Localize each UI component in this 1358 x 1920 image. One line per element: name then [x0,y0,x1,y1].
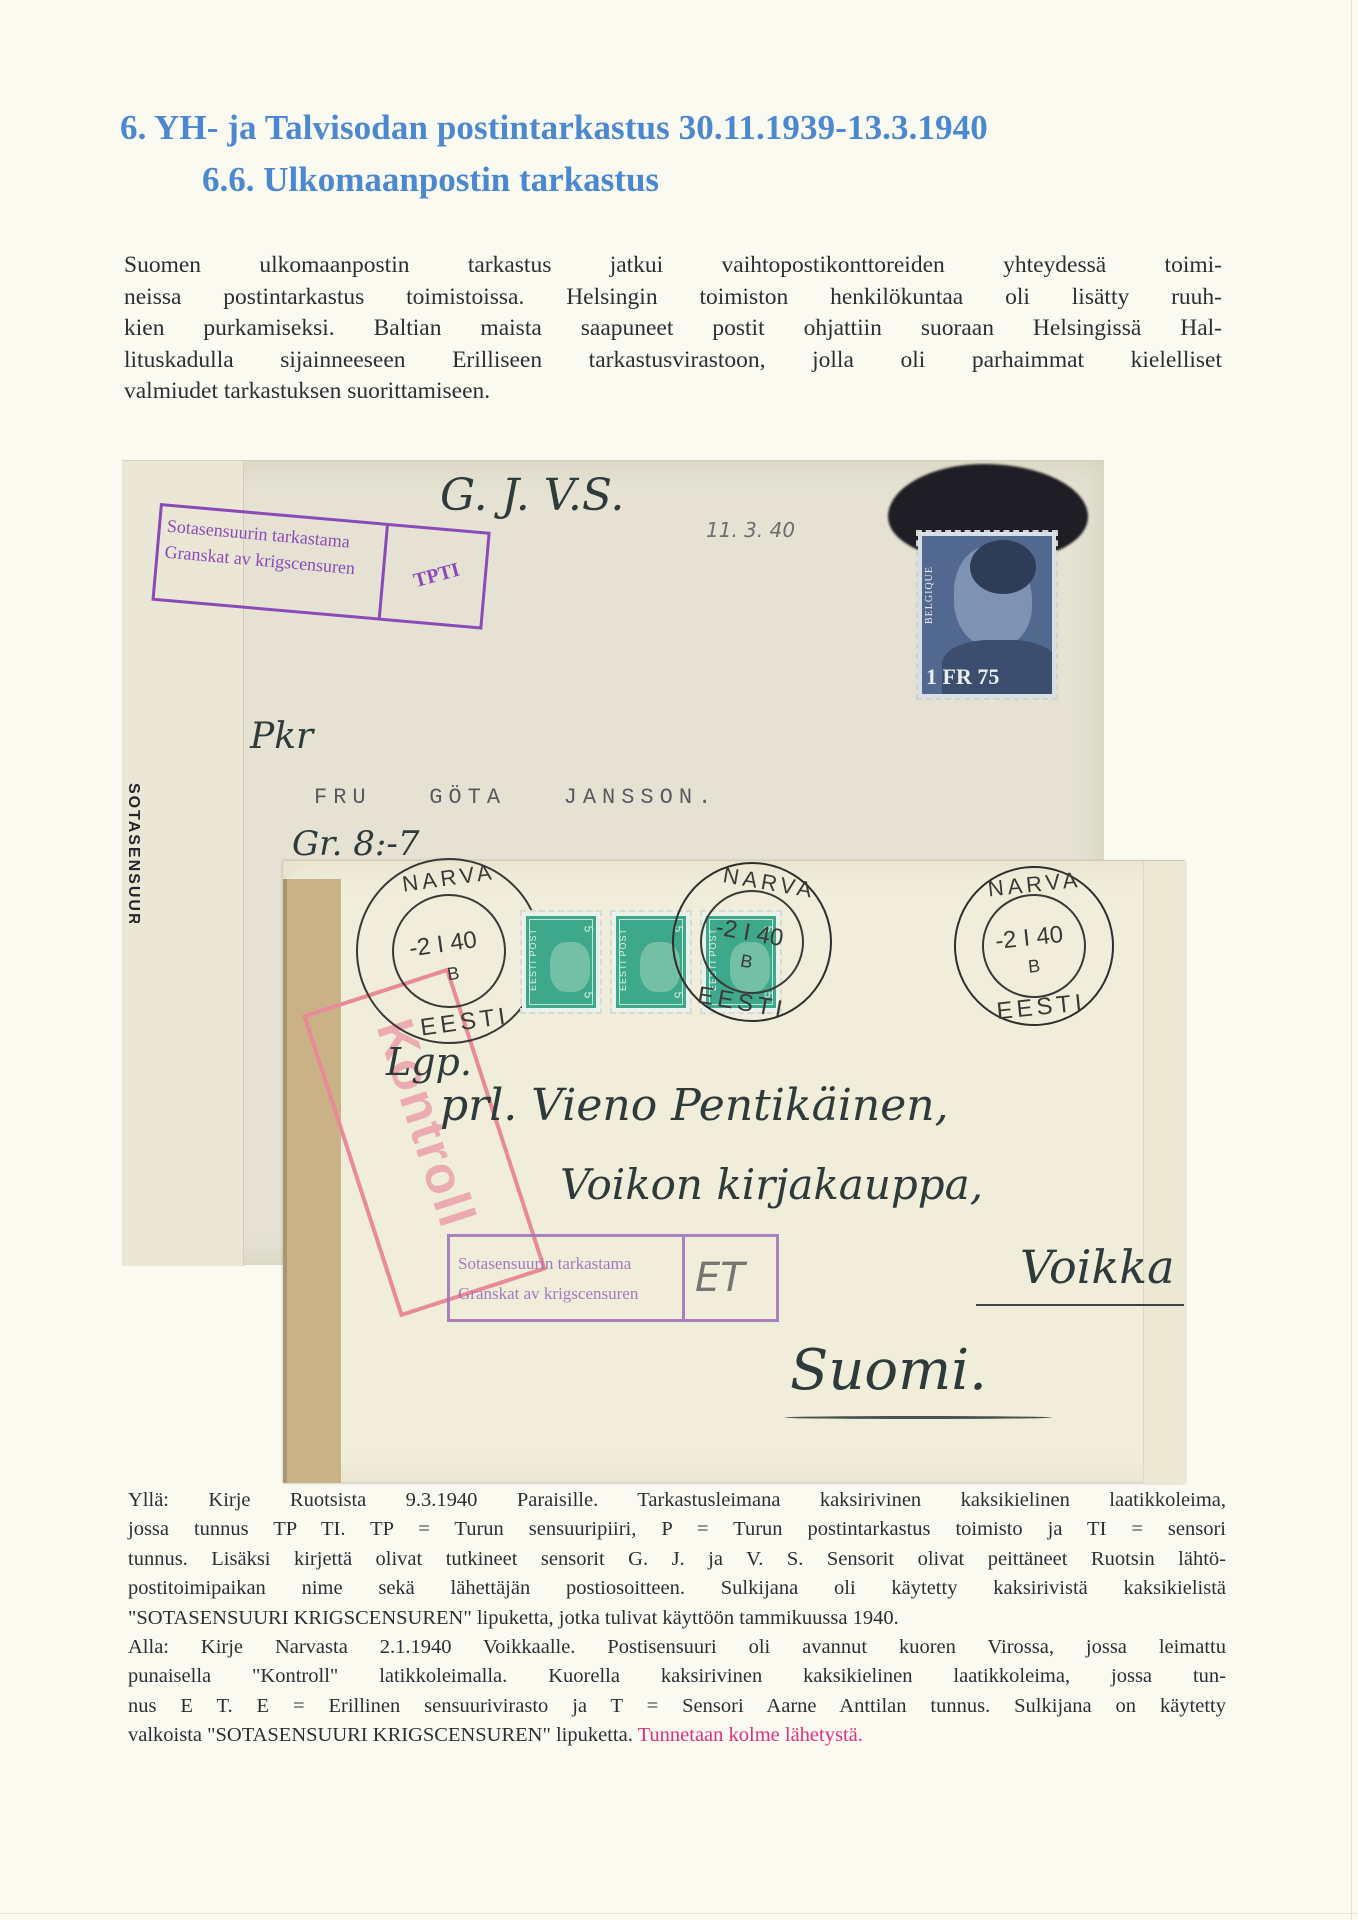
page-edge [1351,0,1352,1920]
postmark-letter: B [1027,956,1041,978]
caption-line: postitoimipaikan nime sekä lähettäjän po… [128,1574,1226,1603]
postmark-city: NARVA [986,867,1082,903]
page-title: 6. YH- ja Talvisodan postintarkastus 30.… [120,108,988,148]
caption-paragraph: Yllä: Kirje Ruotsista 9.3.1940 Paraisill… [128,1486,1226,1751]
caption-line: valkoista "SOTASENSUURI KRIGSCENSUREN" l… [128,1721,1226,1750]
stamp-value: 5 [582,992,596,999]
caption-line: Alla: Kirje Narvasta 2.1.1940 Voikkaalle… [128,1633,1226,1662]
stamp-label: EESTI POST [618,928,628,991]
stamp-value: 1 FR 75 [926,664,999,690]
caption-line: Yllä: Kirje Ruotsista 9.3.1940 Paraisill… [128,1486,1226,1515]
address-line-4: Suomi. [790,1338,987,1403]
postmark-city: NARVA [401,859,497,898]
intro-paragraph: Suomen ulkomaanpostin tarkastus jatkui v… [124,250,1222,408]
censor-stamp-text: Sotasensuurin tarkastama Granskat av kri… [458,1249,680,1309]
intro-line: Suomen ulkomaanpostin tarkastus jatkui v… [124,250,1222,282]
handwritten-note: Pkr [250,716,313,757]
caption-line: tunnus. Lisäksi kirjettä olivat tutkinee… [128,1545,1226,1574]
caption-line: punaisella "Kontroll" latikkoleimalla. K… [128,1662,1226,1691]
handwritten-note: Lgp. [386,1040,472,1084]
envelope-flap [1143,861,1185,1483]
handwritten-address-partial: Gr. 8:-7 [292,824,420,864]
censor-label-text: SOTASENSUURI [124,783,142,923]
censor-stamp-text: Sotasensuurin tarkastama Granskat av kri… [164,513,388,584]
pencil-date: 11. 3. 40 [706,518,795,542]
address-underline [976,1304,1184,1306]
caption-line: nus E T. E = Erillinen sensuurivirasto j… [128,1692,1226,1721]
stamp-divider [682,1237,685,1319]
caption-line: jossa tunnus TP TI. TP = Turun sensuurip… [128,1515,1226,1544]
section-subtitle: 6.6. Ulkomaanpostin tarkastus [202,160,659,200]
estonian-stamp: EESTI POST 5 5 [522,912,600,1012]
address-line-1: prl. Vieno Pentikäinen, [440,1080,949,1131]
censor-code: TPTI [390,553,483,599]
censor-box-stamp-et: Sotasensuurin tarkastama Granskat av kri… [447,1234,779,1322]
stamp-value: 5 [582,926,596,933]
stamp-country: BELGIQUE [924,566,935,624]
censor-tape [283,879,341,1483]
belgian-stamp: BELGIQUE 1 FR 75 [918,532,1056,698]
stamp-portrait-hair [970,540,1036,594]
intro-line: valmiudet tarkastuksen suorittamiseen. [124,376,1222,408]
stamp-value: 5 [672,992,686,999]
address-line-2: Voikon kirjakauppa, [560,1160,983,1209]
address-underline [784,1416,1052,1419]
caption-line: "SOTASENSUURI KRIGSCENSUREN" lipuketta, … [128,1604,1226,1633]
caption-text: valkoista "SOTASENSUURI KRIGSCENSUREN" l… [128,1724,633,1746]
intro-line: neissa postintarkastus toimistoissa. Hel… [124,282,1222,314]
intro-line: kien purkamiseksi. Baltian maista saapun… [124,313,1222,345]
censor-initials: G. J. V.S. [440,470,624,521]
intro-line: lituskadulla sijainneeseen Erilliseen ta… [124,345,1222,377]
caption-highlight: Tunnetaan kolme lähetystä. [638,1724,863,1746]
stamp-label: EESTI POST [528,928,538,991]
recipient-address: FRU GÖTA JANSSON. [314,785,717,810]
censor-code: ET [695,1255,745,1301]
stamp-portrait [550,942,590,992]
page-edge-bottom [0,1913,1358,1914]
address-line-3: Voikka [1020,1240,1175,1294]
